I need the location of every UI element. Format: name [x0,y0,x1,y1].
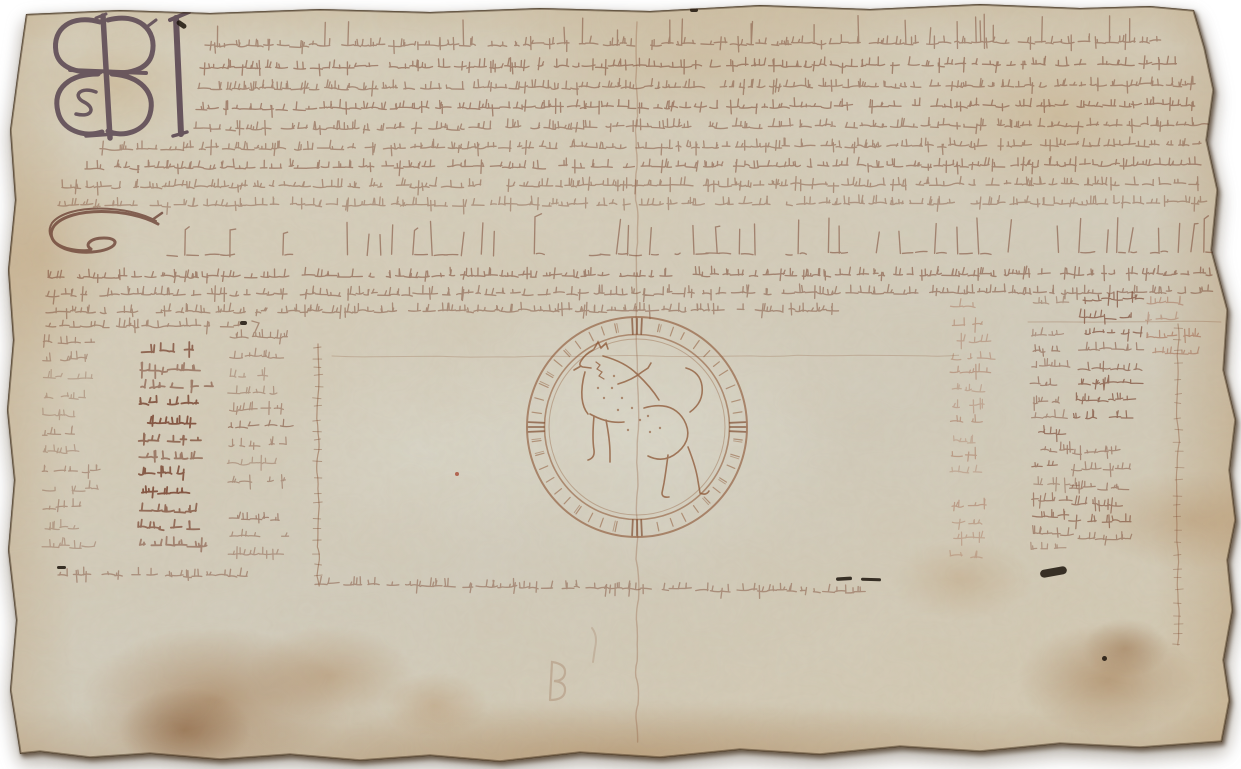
ink-stroke [951,299,976,308]
ink-stroke [229,437,286,450]
ink-stroke [694,506,699,513]
ink-stroke [1174,505,1181,506]
ink-stroke [1085,327,1142,341]
ink-stroke [660,325,662,332]
ink-stroke [1147,329,1201,343]
ink-stroke [670,327,673,336]
ink-stroke [313,502,322,503]
ink-stroke [62,177,1199,196]
ink-stroke [1079,342,1144,350]
ink-stroke [529,431,545,432]
ink-stroke [1030,377,1057,386]
ink-stroke [1076,393,1136,404]
ink-stroke [950,364,991,379]
ink-stroke [139,433,201,444]
ink-stroke [230,368,267,380]
ink-stroke [1033,345,1060,357]
ink-stroke [141,380,213,393]
ink-stroke [555,489,562,494]
ink-stroke [1175,429,1183,430]
initial-letter-I [170,12,189,136]
ink-stroke [951,447,976,461]
ink-stroke [681,333,684,340]
ink-stroke [602,327,605,335]
ink-stroke [732,400,741,402]
ink-stroke [951,415,983,423]
ink-stroke [1176,589,1184,590]
initial-letter-S [50,209,162,253]
ink-stroke [632,520,633,536]
ink-stroke [1174,555,1181,556]
ink-stroke [952,318,982,332]
ink-stroke [954,435,975,443]
ink-layer [0,0,1241,769]
ink-stroke [1073,446,1120,460]
ink-stroke [658,324,660,331]
ink-stroke [43,481,99,494]
ink-stroke [727,465,735,468]
ink-stroke [227,455,276,470]
ink-stroke [42,465,100,478]
ink-stroke [314,575,322,576]
ink-stroke [313,398,321,399]
ink-stroke [1176,324,1179,645]
ink-stroke [1175,394,1181,395]
ink-stroke [230,348,284,358]
ink-fleck [836,577,852,581]
seal-lion-passant [574,342,709,497]
script-lines [46,14,1219,598]
ink-stroke [230,330,287,344]
ink-stroke [142,342,194,357]
ink-stroke [719,370,727,375]
ink-stroke [1079,375,1143,390]
ink-stroke [196,97,1195,117]
ink-stroke [228,475,285,489]
ink-fleck [1102,656,1107,661]
ink-stroke [313,461,322,462]
ink-stroke [734,441,742,442]
ink-stroke [229,512,279,523]
ink-stroke [1175,403,1181,404]
ink-fleck [1040,566,1068,579]
ink-stroke [1074,410,1133,419]
ink-stroke [950,465,982,473]
ink-stroke [1078,361,1142,371]
ink-stroke [682,513,686,521]
ink-stroke [657,522,659,531]
ink-stroke [1078,532,1132,545]
ink-stroke [1173,644,1180,645]
ink-stroke [1033,509,1069,519]
ink-stroke [43,499,81,512]
ink-stroke [1070,481,1129,493]
ink-stroke [167,214,1219,257]
ink-stroke [140,362,200,378]
ink-stroke [230,402,284,415]
ink-stroke [314,439,320,440]
ink-stroke [730,422,746,423]
ink-stroke [148,416,196,428]
ink-stroke [139,451,202,462]
ink-stroke [546,478,554,483]
ink-stroke [48,266,1212,284]
ink-stroke [46,284,1213,304]
ink-stroke [952,519,982,529]
ink-stroke [670,519,673,527]
ink-stroke [43,445,79,454]
ink-stroke [957,333,991,348]
chrismon-initial-icon [55,14,156,138]
ink-stroke [314,347,321,348]
ink-stroke [636,22,639,742]
ink-stroke [58,195,1207,214]
ink-stroke [641,520,642,536]
ink-stroke [694,341,700,349]
ink-stroke [632,319,633,335]
ink-stroke [953,398,984,413]
ink-stroke [615,324,617,333]
ink-fleck [861,578,881,582]
ink-stroke [46,318,259,334]
faint-hook-glyph [592,628,596,662]
ink-stroke [1032,410,1068,419]
ink-stroke [540,466,548,470]
ink-stroke [314,374,323,375]
ink-stroke [1034,477,1079,493]
ink-stroke [713,487,720,493]
ink-stroke [726,385,735,389]
ink-stroke [139,396,198,405]
ink-stroke [575,341,580,348]
ink-stroke [315,564,322,565]
ink-stroke [228,386,277,394]
ink-stroke [43,408,75,419]
faint-glyphs [550,628,596,700]
ink-stroke [100,137,1201,156]
ink-stroke [952,384,985,392]
ink-stroke [42,538,96,549]
ink-stroke [315,577,865,599]
ink-stroke [317,344,320,586]
ink-stroke [43,335,94,348]
ink-stroke [564,351,570,357]
ink-stroke [589,332,593,340]
ink-fleck [240,321,247,325]
ink-flecks [57,8,1107,661]
ink-stroke [1031,542,1066,549]
parchment-sheet [0,0,1241,769]
ink-stroke [950,551,982,558]
ink-stroke [58,567,247,582]
faint-letter-b [550,662,565,700]
ink-stroke [1041,442,1073,454]
ink-stroke [600,518,603,527]
ink-stroke [1069,514,1131,529]
ink-stroke [733,412,742,413]
ink-stroke [138,520,199,531]
ink-stroke [45,520,78,530]
ink-stroke [142,486,190,497]
ink-stroke [43,351,87,361]
ink-stroke [46,302,839,318]
ink-stroke [230,529,289,536]
ink-stroke [198,76,1195,96]
ink-stroke [1028,321,1221,322]
ink-stroke [1032,328,1064,336]
ink-stroke [714,362,720,367]
ink-stroke [615,522,617,532]
ink-stroke [1032,461,1058,467]
ink-stroke [564,497,570,503]
ink-stroke [140,503,197,512]
ink-stroke [576,507,581,514]
ink-stroke [1033,296,1068,304]
ink-stroke [1174,603,1182,604]
ink-stroke [617,324,619,333]
ink-stroke [85,157,1201,176]
ink-stroke [588,513,592,521]
ink-stroke [1033,396,1059,410]
ink-stroke [554,360,562,366]
ink-stroke [1032,359,1070,368]
ink-stroke [314,405,321,406]
ink-stroke [1072,462,1131,477]
ink-stroke [1039,426,1066,442]
ink-stroke [200,56,1176,76]
ink-stroke [532,439,541,440]
parchment-shadow [0,0,1241,769]
ink-stroke [532,441,541,442]
ink-stroke [954,531,985,545]
ink-stroke [529,422,545,423]
ink-stroke [952,498,986,511]
ink-fleck [455,472,459,476]
ink-stroke [44,370,93,379]
ink-stroke [228,547,283,560]
ink-stroke [730,431,746,432]
ink-stroke [43,426,75,435]
ink-stroke [1072,496,1123,513]
ink-stroke [1174,350,1182,351]
ink-stroke [332,355,959,357]
ink-stroke [140,537,207,552]
ink-stroke [641,319,642,335]
ink-stroke [535,398,544,400]
ink-stroke [532,412,541,413]
ink-stroke [194,117,1211,135]
ink-stroke [1174,418,1181,419]
ink-stroke [44,390,85,399]
charter-photograph [0,0,1241,769]
ink-stroke [1033,526,1074,538]
ink-stroke [704,351,710,357]
witness-columns [42,291,1200,559]
ink-stroke [1032,493,1072,508]
ink-fleck [57,566,66,569]
ink-stroke [229,419,294,428]
ink-stroke [205,14,1161,53]
ink-stroke [313,420,321,421]
ink-stroke [139,466,184,480]
ink-stroke [1147,296,1183,305]
ink-stroke [734,439,742,440]
